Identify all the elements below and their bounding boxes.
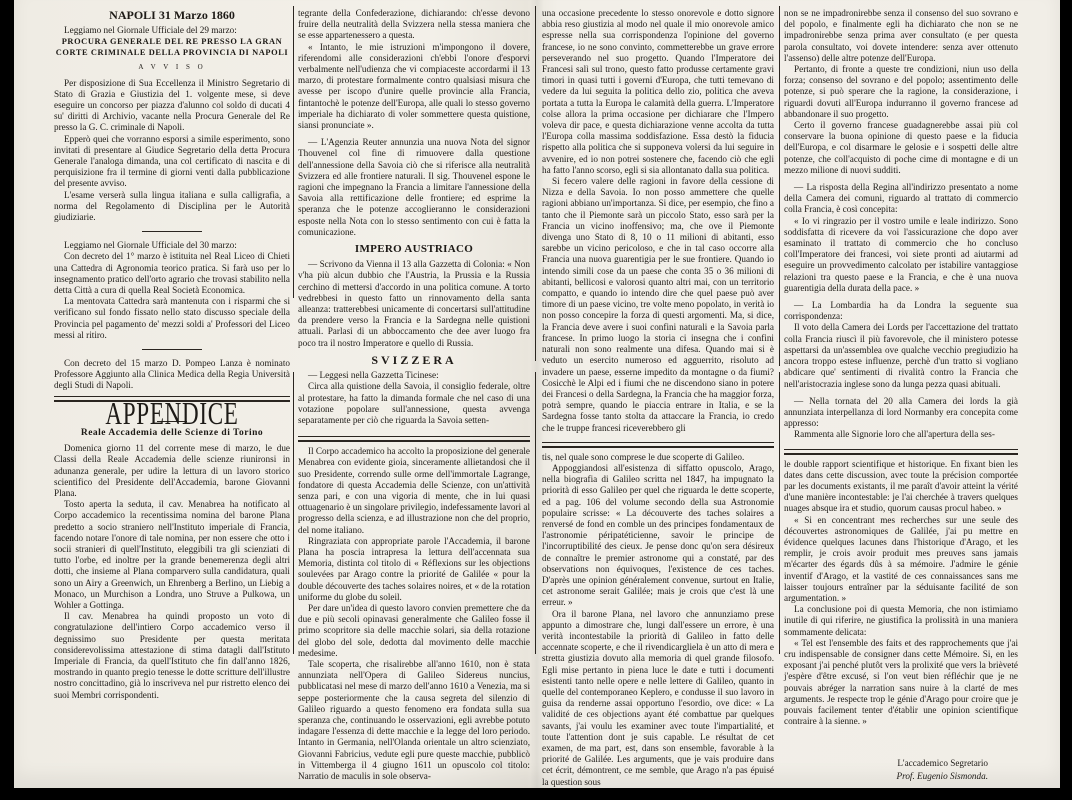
section-heading: PROCURA GENERALE DEL RE PRESSO LA GRAN C…: [54, 36, 290, 58]
paragraph: Per dare un'idea di questo lavoro convie…: [298, 603, 530, 659]
paragraph: « Si en concentrant mes recherches sur u…: [784, 515, 1018, 605]
dateline: NAPOLI 31 Marzo 1860: [54, 10, 290, 21]
column-3: una occasione precedente lo stesso onore…: [542, 8, 774, 788]
newspaper-page: NAPOLI 31 Marzo 1860 Leggiamo nel Giorna…: [14, 0, 1060, 788]
paragraph: La conclusione poi di questa Memoria, ch…: [784, 604, 1018, 638]
signature-name: Prof. Eugenio Sismonda.: [784, 770, 988, 783]
paragraph: Tosto aperta la seduta, il cav. Menabrea…: [54, 499, 290, 611]
paragraph: — Scrivono da Vienna il 13 alla Gazzetta…: [298, 259, 530, 349]
paragraph: Domenica giorno 11 del corrente mese di …: [54, 443, 290, 499]
section-divider: [298, 436, 530, 442]
section-heading-svizzera: SVIZZERA: [298, 355, 530, 366]
paragraph: La mentovata Cattedra sarà mantenuta con…: [54, 296, 290, 341]
paragraph: Epperò quei che vorranno esporsi a simil…: [54, 134, 290, 190]
lead-text: Leggiamo nel Giornale Ufficiale del 29 m…: [54, 25, 290, 36]
paragraph: Rammenta alle Signorie loro che all'aper…: [784, 429, 1018, 440]
paragraph: — Leggesi nella Gazzetta Ticinese:: [298, 370, 530, 381]
divider: [142, 231, 202, 232]
paragraph: « Tel est l'ensemble des faits et des ra…: [784, 638, 1018, 728]
paragraph: Tale scoperta, che risalirebbe all'anno …: [298, 659, 530, 782]
column-4: non se ne impadronirebbe senza il consen…: [784, 8, 1018, 783]
section-divider: [784, 449, 1018, 455]
paragraph: « Intanto, le mie istruzioni m'impongono…: [298, 42, 530, 132]
paragraph: Circa alla quistione della Savoia, il co…: [298, 381, 530, 426]
column-1: NAPOLI 31 Marzo 1860 Leggiamo nel Giorna…: [54, 8, 290, 701]
section-divider: [542, 442, 774, 448]
appendice-title: APPENDICE: [87, 408, 257, 419]
paragraph: non se ne impadronirebbe senza il consen…: [784, 8, 1018, 64]
column-rule: [293, 372, 294, 654]
column-2: tegrante della Confederazione, dichiaran…: [298, 8, 530, 782]
paragraph: una occasione precedente lo stesso onore…: [542, 8, 774, 176]
paragraph: Pertanto, di fronte a queste tre condizi…: [784, 64, 1018, 120]
section-heading-impero: IMPERO AUSTRIACO: [298, 244, 530, 255]
avviso-heading: A V V I S O: [54, 62, 290, 73]
paragraph: Con decreto del 15 marzo D. Pompeo Lanza…: [54, 358, 290, 392]
paragraph: Appoggiandosi all'esistenza di siffatto …: [542, 463, 774, 609]
column-rule: [293, 6, 294, 298]
column-rule: [535, 372, 536, 654]
paragraph: — La risposta della Regina all'indirizzo…: [784, 182, 1018, 216]
paragraph: le double rapport scientifique et histor…: [784, 459, 1018, 515]
paragraph: Ringraziata con appropriate parole l'Acc…: [298, 536, 530, 603]
paragraph: — L'Agenzia Reuter annunzia una nuova No…: [298, 137, 530, 238]
paragraph: — La Lombardia ha da Londra la seguente …: [784, 300, 1018, 322]
paragraph: L'esame verserà sulla lingua italiana e …: [54, 190, 290, 224]
paragraph: Il cav. Menabrea ha quindi proposto un v…: [54, 611, 290, 701]
paragraph: « Io vi ringrazio per il vostro umile e …: [784, 216, 1018, 294]
lead-text: Leggiamo nel Giornale Ufficiale del 30 m…: [54, 240, 290, 251]
signature-title: L'accademico Segretario: [784, 757, 988, 770]
signature-block: L'accademico Segretario Prof. Eugenio Si…: [784, 757, 1018, 783]
paragraph: Ora il barone Plana, nel lavoro che annu…: [542, 609, 774, 788]
paragraph: tegrante della Confederazione, dichiaran…: [298, 8, 530, 42]
paragraph: Si fecero valere delle ragioni in favore…: [542, 176, 774, 434]
paragraph: tis, nel quale sono comprese le due scop…: [542, 452, 774, 463]
paragraph: Il voto della Camera dei Lords per l'acc…: [784, 322, 1018, 389]
paragraph: Il Corpo accademico ha accolto la propos…: [298, 446, 530, 536]
paragraph: — Nella tornata del 20 alla Camera dei l…: [784, 396, 1018, 430]
paragraph: Certo il governo francese guadagnerebbe …: [784, 120, 1018, 176]
column-rule: [535, 6, 536, 361]
paragraph: Per disposizione di Sua Eccellenza il Mi…: [54, 78, 290, 134]
column-rule: [779, 372, 780, 654]
divider: [142, 349, 202, 350]
column-rule: [779, 6, 780, 366]
paragraph: Con decreto del 1° marzo è istituita nel…: [54, 251, 290, 296]
